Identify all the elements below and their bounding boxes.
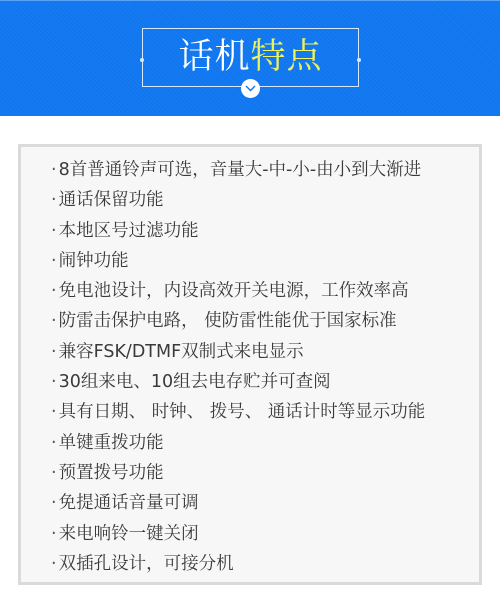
- feature-text: 兼容FSK/DTMF双制式来电显示: [59, 342, 304, 362]
- feature-text: 单键重拨功能: [59, 433, 164, 453]
- feature-item: ·8首普通铃声可选，音量大-中-小-由小到大渐进: [51, 155, 425, 185]
- feature-item: ·具有日期、 时钟、 拨号、 通话计时等显示功能: [51, 397, 425, 427]
- bullet: ·: [51, 311, 57, 331]
- feature-text: 双插孔设计，可接分机: [59, 554, 234, 574]
- bullet: ·: [51, 190, 57, 210]
- bullet: ·: [51, 372, 57, 392]
- feature-text: 免电池设计，内设高效开关电源，工作效率高: [59, 281, 409, 301]
- bullet: ·: [51, 524, 57, 544]
- feature-text: 30组来电、10组去电存贮并可查阅: [59, 372, 331, 392]
- bullet: ·: [51, 463, 57, 483]
- feature-text: 本地区号过滤功能: [59, 221, 199, 241]
- bullet: ·: [51, 402, 57, 422]
- bullet: ·: [51, 160, 57, 180]
- feature-text: 免提通话音量可调: [59, 493, 199, 513]
- feature-item: ·双插孔设计，可接分机: [51, 549, 425, 579]
- feature-item: ·单键重拨功能: [51, 428, 425, 458]
- chevron-down-icon: [245, 85, 256, 92]
- title-part-yellow: 特点: [251, 37, 323, 77]
- feature-item: ·免提通话音量可调: [51, 488, 425, 518]
- feature-item: ·防雷击保护电路， 使防雷性能优于国家标准: [51, 306, 425, 336]
- feature-item: ·兼容FSK/DTMF双制式来电显示: [51, 337, 425, 367]
- feature-item: ·预置拨号功能: [51, 458, 425, 488]
- feature-item: ·来电响铃一键关闭: [51, 519, 425, 549]
- feature-text: 通话保留功能: [59, 190, 164, 210]
- bullet: ·: [51, 251, 57, 271]
- feature-item: ·通话保留功能: [51, 185, 425, 215]
- bullet: ·: [51, 342, 57, 362]
- feature-item: ·闹钟功能: [51, 246, 425, 276]
- page-title: 话机特点: [143, 35, 358, 79]
- feature-text: 预置拨号功能: [59, 463, 164, 483]
- feature-text: 具有日期、 时钟、 拨号、 通话计时等显示功能: [59, 402, 426, 422]
- bullet: ·: [51, 433, 57, 453]
- bullet: ·: [51, 221, 57, 241]
- feature-text: 来电响铃一键关闭: [59, 524, 199, 544]
- title-part-white: 话机: [178, 37, 250, 77]
- features-box: ·8首普通铃声可选，音量大-中-小-由小到大渐进 ·通话保留功能 ·本地区号过滤…: [18, 144, 482, 585]
- bullet: ·: [51, 493, 57, 513]
- header-banner: 话机特点: [0, 0, 500, 116]
- expand-button[interactable]: [241, 79, 260, 98]
- feature-text: 闹钟功能: [59, 251, 129, 271]
- feature-item: ·30组来电、10组去电存贮并可查阅: [51, 367, 425, 397]
- feature-item: ·免电池设计，内设高效开关电源，工作效率高: [51, 276, 425, 306]
- feature-text: 防雷击保护电路， 使防雷性能优于国家标准: [59, 311, 397, 331]
- feature-text: 8首普通铃声可选，音量大-中-小-由小到大渐进: [59, 160, 422, 180]
- bullet: ·: [51, 281, 57, 301]
- bullet: ·: [51, 554, 57, 574]
- feature-list: ·8首普通铃声可选，音量大-中-小-由小到大渐进 ·通话保留功能 ·本地区号过滤…: [51, 155, 425, 579]
- feature-item: ·本地区号过滤功能: [51, 216, 425, 246]
